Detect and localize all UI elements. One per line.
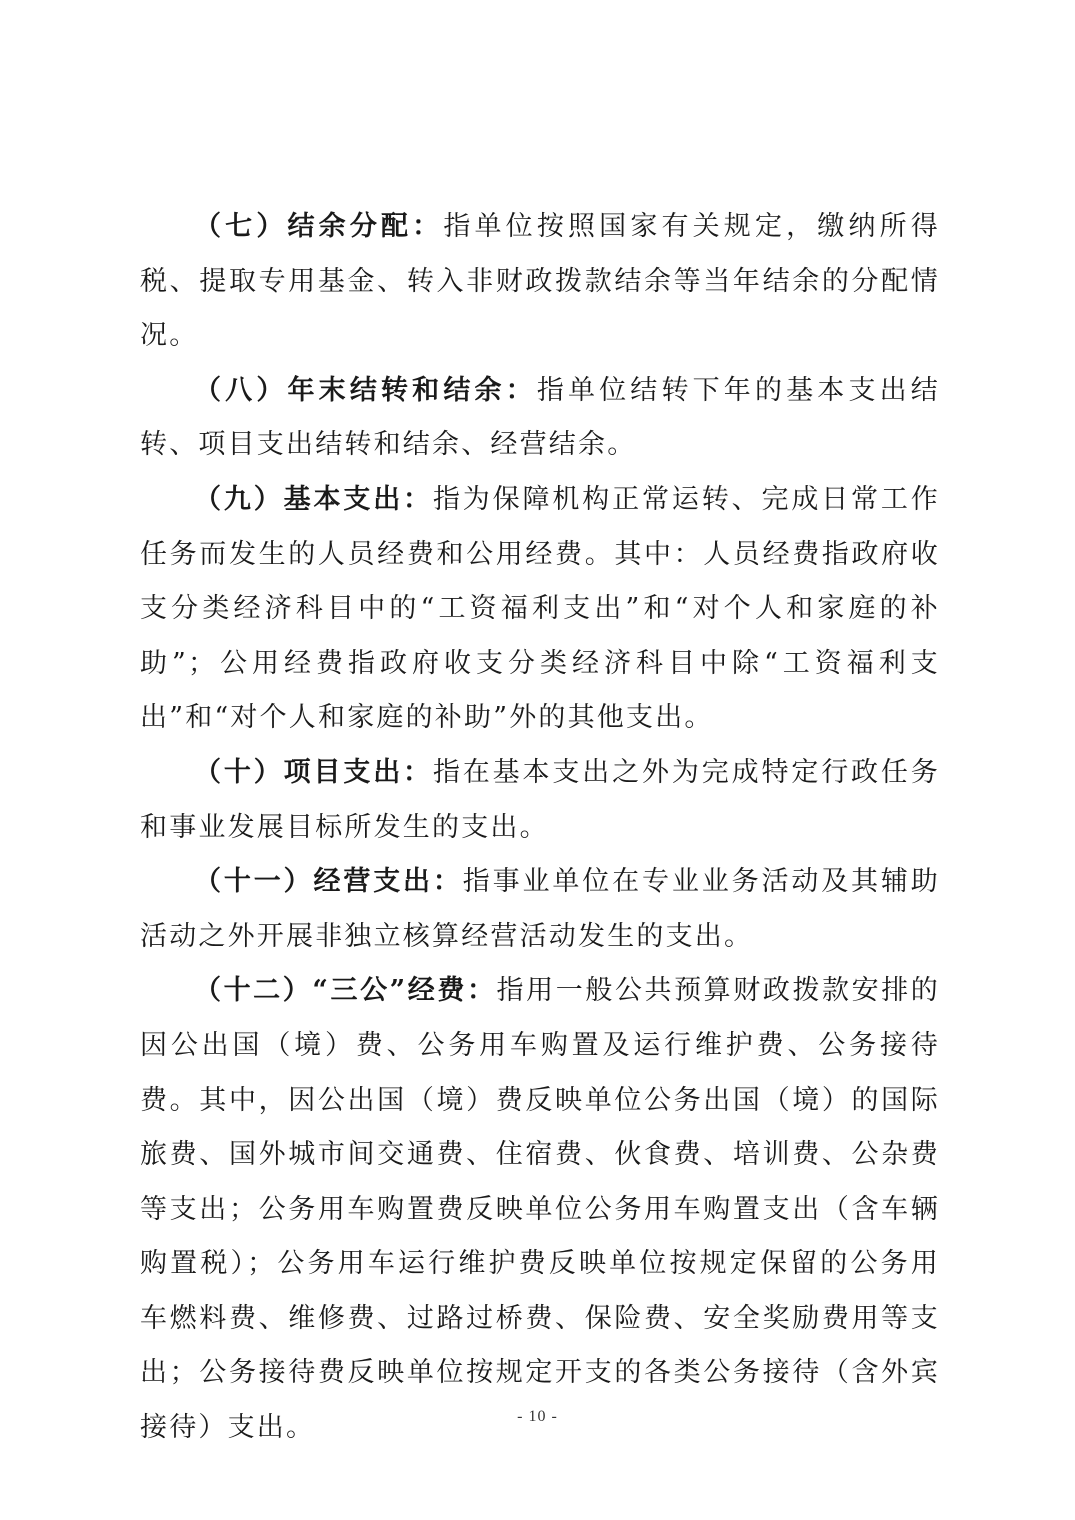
- document-body: （七）结余分配：指单位按照国家有关规定，缴纳所得税、提取专用基金、转入非财政拨款…: [140, 200, 940, 1456]
- paragraph-text: 指用一般公共预算财政拨款安排的因公出国（境）费、公务用车购置及运行维护费、公务接…: [140, 975, 940, 1443]
- paragraph-surplus-distribution: （七）结余分配：指单位按照国家有关规定，缴纳所得税、提取专用基金、转入非财政拨款…: [140, 200, 940, 364]
- paragraph-basic-expenditure: （九）基本支出：指为保障机构正常运转、完成日常工作任务而发生的人员经费和公用经费…: [140, 473, 940, 746]
- paragraph-heading: （十）项目支出：: [194, 757, 433, 788]
- paragraph-project-expenditure: （十）项目支出：指在基本支出之外为完成特定行政任务和事业发展目标所发生的支出。: [140, 746, 940, 855]
- paragraph-operating-expenditure: （十一）经营支出：指事业单位在专业业务活动及其辅助活动之外开展非独立核算经营活动…: [140, 855, 940, 964]
- paragraph-heading: （十二）“三公”经费：: [194, 975, 497, 1006]
- page-number: - 10 -: [0, 1408, 1075, 1426]
- paragraph-three-public-expenses: （十二）“三公”经费：指用一般公共预算财政拨款安排的因公出国（境）费、公务用车购…: [140, 964, 940, 1455]
- paragraph-heading: （七）结余分配：: [194, 211, 443, 242]
- paragraph-heading: （九）基本支出：: [194, 484, 433, 515]
- paragraph-year-end-carryover: （八）年末结转和结余：指单位结转下年的基本支出结转、项目支出结转和结余、经营结余…: [140, 364, 940, 473]
- paragraph-text: 指为保障机构正常运转、完成日常工作任务而发生的人员经费和公用经费。其中：人员经费…: [140, 484, 940, 733]
- document-page: （七）结余分配：指单位按照国家有关规定，缴纳所得税、提取专用基金、转入非财政拨款…: [0, 0, 1075, 1520]
- paragraph-heading: （十一）经营支出：: [194, 866, 463, 897]
- paragraph-heading: （八）年末结转和结余：: [194, 375, 537, 406]
